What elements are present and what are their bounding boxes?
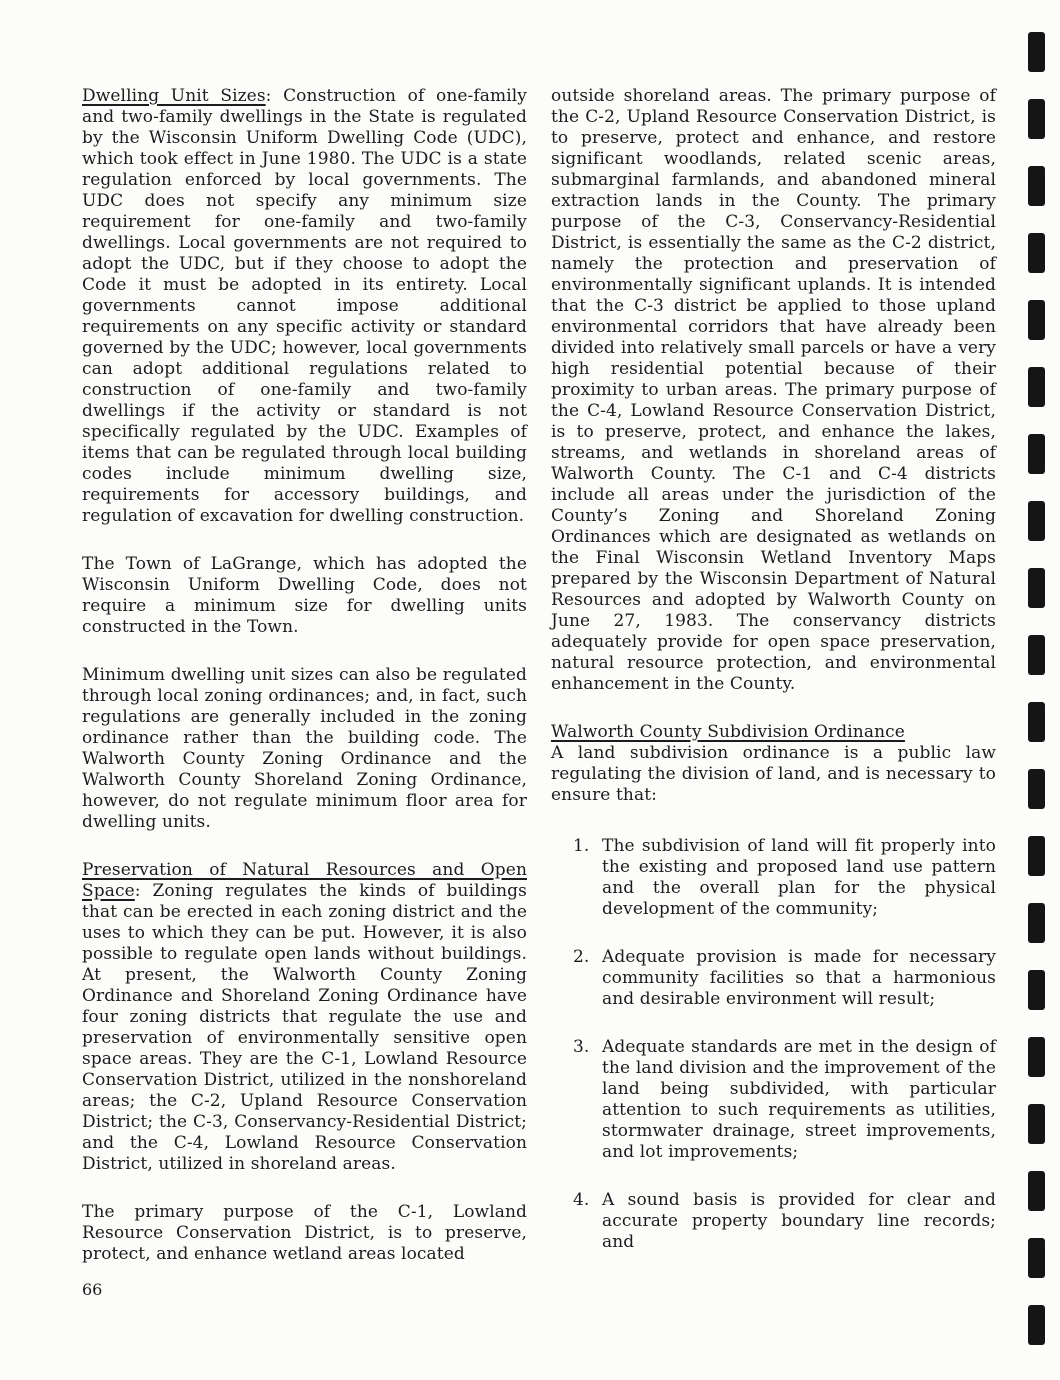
binding-mark [1028, 434, 1045, 474]
section-heading-subdivision-ordinance: Walworth County Subdivision Ordinance [551, 722, 996, 743]
binding-mark [1028, 702, 1045, 742]
paragraph-lagrange: The Town of LaGrange, which has adopted … [82, 554, 527, 638]
page-number: 66 [82, 1280, 102, 1300]
paragraph-continuation: outside shoreland areas. The primary pur… [551, 86, 996, 695]
binding-mark [1028, 1037, 1045, 1077]
binding-mark [1028, 300, 1045, 340]
list-item-2: 2. Adequate provision is made for necess… [551, 947, 996, 1010]
document-page-body: Dwelling Unit Sizes: Construction of one… [82, 86, 996, 1292]
paragraph-subdivision-intro: A land subdivision ordinance is a public… [551, 743, 996, 806]
list-number: 3. [573, 1037, 602, 1163]
list-text: Adequate provision is made for necessary… [602, 947, 996, 1010]
binding-mark [1028, 367, 1045, 407]
binding-mark [1028, 1238, 1045, 1278]
binding-mark [1028, 903, 1045, 943]
binding-mark [1028, 1305, 1045, 1345]
inline-heading-dwelling-unit-sizes: Dwelling Unit Sizes [82, 86, 266, 106]
binding-mark [1028, 32, 1045, 72]
list-item-4: 4. A sound basis is provided for clear a… [551, 1190, 996, 1253]
paragraph-text: : Construction of one-family and two-fam… [82, 86, 527, 526]
list-text: Adequate standards are met in the design… [602, 1037, 996, 1163]
section-heading-text: Walworth County Subdivision Ordinance [551, 722, 905, 742]
list-item-3: 3. Adequate standards are met in the des… [551, 1037, 996, 1163]
binding-mark [1028, 635, 1045, 675]
paragraph-dwelling-unit-sizes: Dwelling Unit Sizes: Construction of one… [82, 86, 527, 527]
paragraph-minimum-sizes: Minimum dwelling unit sizes can also be … [82, 665, 527, 833]
binding-mark [1028, 970, 1045, 1010]
binding-mark [1028, 501, 1045, 541]
right-column: outside shoreland areas. The primary pur… [551, 86, 996, 1292]
binding-marks [1028, 0, 1045, 1380]
list-text: A sound basis is provided for clear and … [602, 1190, 996, 1253]
binding-mark [1028, 568, 1045, 608]
binding-mark [1028, 769, 1045, 809]
list-number: 2. [573, 947, 602, 1010]
list-text: The subdivision of land will fit properl… [602, 836, 996, 920]
paragraph-text: : Zoning regulates the kinds of building… [82, 881, 527, 1174]
binding-mark [1028, 1104, 1045, 1144]
binding-mark [1028, 1171, 1045, 1211]
list-item-1: 1. The subdivision of land will fit prop… [551, 836, 996, 920]
list-number: 4. [573, 1190, 602, 1253]
binding-mark [1028, 166, 1045, 206]
binding-mark [1028, 233, 1045, 273]
paragraph-c1-purpose: The primary purpose of the C-1, Lowland … [82, 1202, 527, 1265]
binding-mark [1028, 836, 1045, 876]
binding-mark [1028, 99, 1045, 139]
ordinance-list: 1. The subdivision of land will fit prop… [551, 836, 996, 1253]
list-number: 1. [573, 836, 602, 920]
paragraph-preservation: Preservation of Natural Resources and Op… [82, 860, 527, 1175]
left-column: Dwelling Unit Sizes: Construction of one… [82, 86, 527, 1292]
